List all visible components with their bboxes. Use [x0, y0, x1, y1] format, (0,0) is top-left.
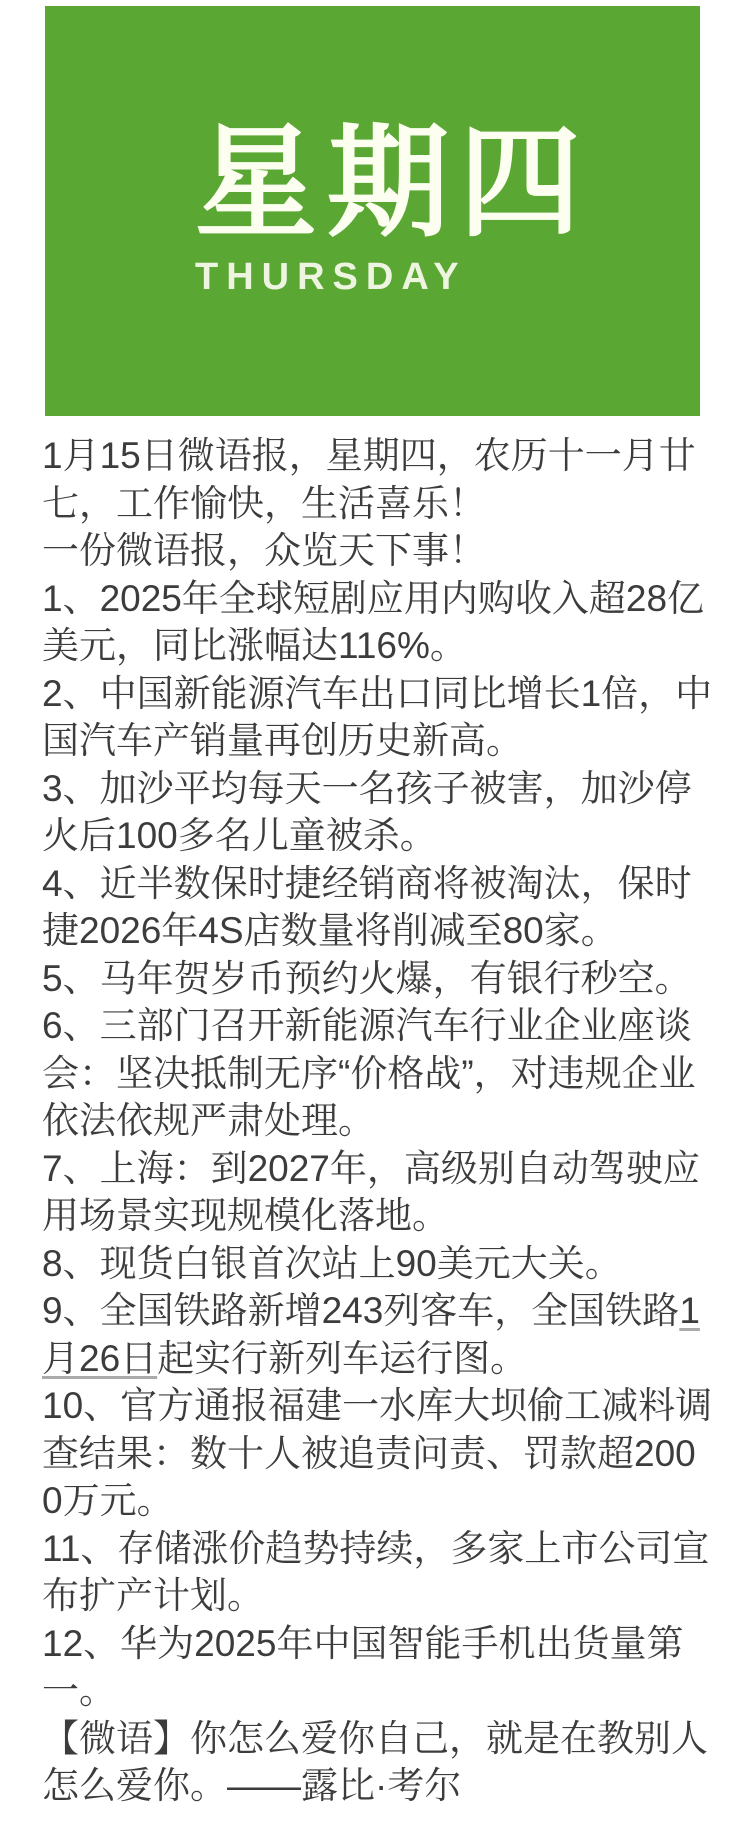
news-item-3: 3、加沙平均每天一名孩子被害，加沙停火后100多名儿童被杀。	[42, 765, 713, 860]
news-item-4: 4、近半数保时捷经销商将被淘汰，保时捷2026年4S店数量将削减至80家。	[42, 860, 713, 955]
news-item-9: 9、全国铁路新增243列客车，全国铁路1月26日起实行新列车运行图。	[42, 1287, 713, 1382]
news-item-6: 6、三部门召开新能源汽车行业企业座谈会：坚决抵制无序“价格战”，对违规企业依法依…	[42, 1002, 713, 1145]
weibao-page: 星期四 THURSDAY 1月15日微语报，星期四，农历十一月廿七，工作愉快，生…	[0, 6, 749, 1810]
thursday-banner: 星期四 THURSDAY	[45, 6, 700, 416]
banner-text-block: 星期四 THURSDAY	[195, 122, 591, 299]
banner-title-english: THURSDAY	[195, 256, 591, 299]
news-item-7: 7、上海：到2027年，高级别自动驾驶应用场景实现规模化落地。	[42, 1145, 713, 1240]
news-item-9-suffix: 起实行新列车运行图。	[157, 1338, 527, 1379]
news-content: 1月15日微语报，星期四，农历十一月廿七，工作愉快，生活喜乐！ 一份微语报，众览…	[0, 416, 749, 1810]
news-item-11: 11、存储涨价趋势持续，多家上市公司宣布扩产计划。	[42, 1525, 713, 1620]
news-item-9-prefix: 9、全国铁路新增243列客车，全国铁路	[42, 1290, 679, 1331]
news-item-10: 10、官方通报福建一水库大坝偷工减料调查结果：数十人被追责问责、罚款超2000万…	[42, 1382, 713, 1525]
daily-quote: 【微语】你怎么爱你自己，就是在教别人怎么爱你。——露比·考尔	[42, 1715, 713, 1810]
news-item-12: 12、华为2025年中国智能手机出货量第一。	[42, 1620, 713, 1715]
news-item-2: 2、中国新能源汽车出口同比增长1倍，中国汽车产销量再创历史新高。	[42, 670, 713, 765]
intro-line-2: 一份微语报，众览天下事！	[42, 527, 713, 575]
news-item-1: 1、2025年全球短剧应用内购收入超28亿美元，同比涨幅达116%。	[42, 575, 713, 670]
banner-title-chinese: 星期四	[195, 122, 591, 244]
intro-line-1: 1月15日微语报，星期四，农历十一月廿七，工作愉快，生活喜乐！	[42, 432, 713, 527]
news-item-8: 8、现货白银首次站上90美元大关。	[42, 1240, 713, 1288]
news-item-5: 5、马年贺岁币预约火爆，有银行秒空。	[42, 955, 713, 1003]
